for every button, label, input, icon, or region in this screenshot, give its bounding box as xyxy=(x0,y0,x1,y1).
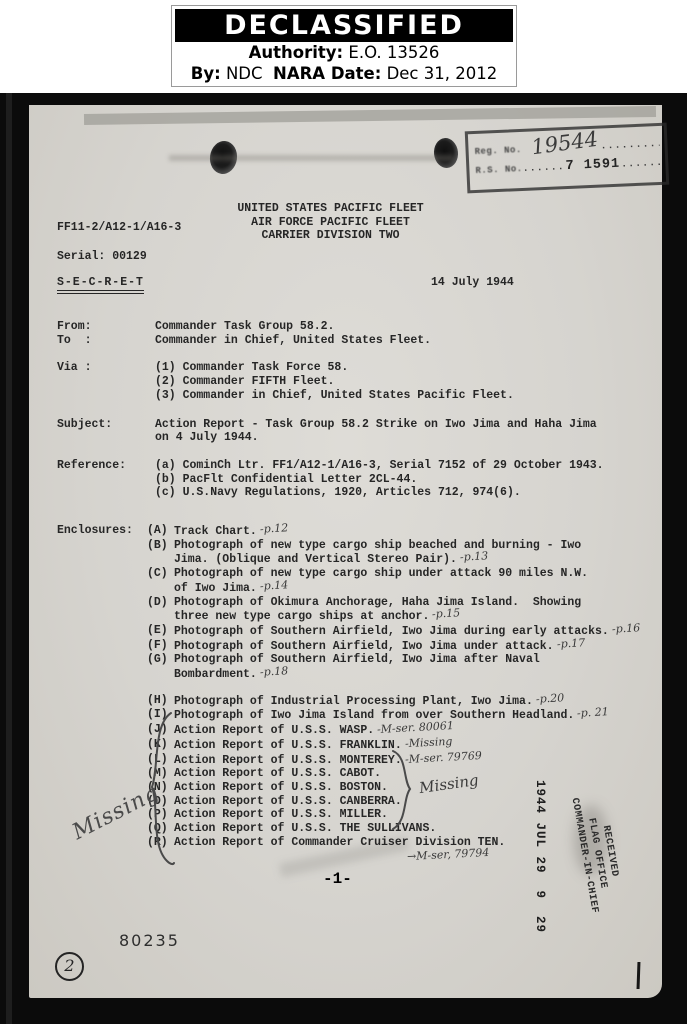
batch-number-stamp: 80235 xyxy=(119,931,180,950)
enclosure-text: Photograph of Southern Airfield, Iwo Jim… xyxy=(174,653,540,681)
enclosure-line: Photograph of Southern Airfield, Iwo Jim… xyxy=(174,653,540,667)
handwritten-note: -p.14 xyxy=(259,578,288,593)
authority-line: Authority: E.O. 13526 xyxy=(175,42,513,63)
enclosure-item: (G)Photograph of Southern Airfield, Iwo … xyxy=(147,653,640,681)
enclosure-line: three new type cargo ships at anchor.-p.… xyxy=(174,609,581,624)
enclosure-item: (F)Photograph of Southern Airfield, Iwo … xyxy=(147,639,640,654)
serial-number: Serial: 00129 xyxy=(57,250,147,264)
enclosure-text: Photograph of Okimura Anchorage, Haha Ji… xyxy=(174,596,581,624)
enclosure-id: (E) xyxy=(147,624,174,639)
handwritten-note: -p. 21 xyxy=(577,706,609,721)
enclosure-line: of Iwo Jima.-p.14 xyxy=(174,581,588,596)
nara-date-value: Dec 31, 2012 xyxy=(387,64,498,83)
handwritten-note: -p.18 xyxy=(259,664,288,679)
enclosure-item: (D)Photograph of Okimura Anchorage, Haha… xyxy=(147,596,640,624)
enclosure-id: (A) xyxy=(147,524,174,539)
to-value: Commander in Chief, United States Fleet. xyxy=(155,334,431,348)
enclosure-line: Action Report of U.S.S. CABOT. xyxy=(174,767,381,781)
enclosure-id: (H) xyxy=(147,694,174,709)
nara-date-label: NARA Date: xyxy=(273,64,381,83)
handwritten-note: -p.16 xyxy=(611,621,640,636)
enclosure-id: (B) xyxy=(147,539,174,567)
enclosure-text: Action Report of Commander Cruiser Divis… xyxy=(174,836,505,864)
to-label: To : xyxy=(57,334,155,348)
received-date-stamp: 1944 JUL 29 9 29 xyxy=(533,780,547,930)
enclosure-text: Photograph of new type cargo ship beache… xyxy=(174,539,581,567)
letter-date: 14 July 1944 xyxy=(431,276,514,290)
enclosure-id: (G) xyxy=(147,653,174,681)
declassified-banner: DECLASSIFIED Authority: E.O. 13526 By: N… xyxy=(171,5,517,87)
subject-line: Action Report - Task Group 58.2 Strike o… xyxy=(155,418,597,432)
from-row: From: Commander Task Group 58.2. xyxy=(29,320,662,334)
enclosure-text: Action Report of U.S.S. CANBERRA. xyxy=(174,795,402,809)
enclosure-line: Track Chart.-p.12 xyxy=(174,524,288,539)
page-number: -1- xyxy=(323,870,352,888)
enclosure-line: Action Report of U.S.S. MONTEREY.-M-ser.… xyxy=(174,753,482,768)
reference-row: Reference: (a) CominCh Ltr. FF1/A12-1/A1… xyxy=(29,459,662,500)
reference-item: (b) PacFlt Confidential Letter 2CL-44. xyxy=(155,473,604,487)
enclosure-id: (F) xyxy=(147,639,174,654)
by-label: By: xyxy=(191,64,221,83)
enclosure-text: Photograph of new type cargo ship under … xyxy=(174,567,588,595)
by-value: NDC xyxy=(226,64,263,83)
subject-row: Subject: Action Report - Task Group 58.2… xyxy=(29,418,662,445)
enclosure-text: Photograph of Iwo Jima Island from over … xyxy=(174,708,609,723)
enclosure-text: Action Report of U.S.S. MILLER. xyxy=(174,808,388,822)
enclosure-id: (D) xyxy=(147,596,174,624)
enclosure-item: (R)Action Report of Commander Cruiser Di… xyxy=(147,836,640,864)
enclosure-line: Action Report of U.S.S. MILLER. xyxy=(174,808,388,822)
film-edge-streak xyxy=(6,93,12,1024)
to-row: To : Commander in Chief, United States F… xyxy=(29,334,662,348)
classification-marking: S-E-C-R-E-T xyxy=(57,276,144,294)
reference-item: (c) U.S.Navy Regulations, 1920, Articles… xyxy=(155,486,604,500)
from-value: Commander Task Group 58.2. xyxy=(155,320,334,334)
enclosure-item: (C)Photograph of new type cargo ship und… xyxy=(147,567,640,595)
enclosure-line: Jima. (Oblique and Vertical Stereo Pair)… xyxy=(174,552,581,567)
document-photo-background: Reg. No. 19544 .......... R.S. No. .....… xyxy=(0,93,687,1024)
subject-line: on 4 July 1944. xyxy=(155,431,597,445)
enclosure-line: Photograph of new type cargo ship beache… xyxy=(174,539,581,553)
letter-content: UNITED STATES PACIFIC FLEET AIR FORCE PA… xyxy=(29,105,662,998)
via-item: (2) Commander FIFTH Fleet. xyxy=(155,375,514,389)
authority-label: Authority: xyxy=(249,43,344,62)
subject-label: Subject: xyxy=(57,418,155,445)
enclosure-text: Action Report of U.S.S. BOSTON. xyxy=(174,781,388,795)
enclosure-item: (B)Photograph of new type cargo ship bea… xyxy=(147,539,640,567)
letter-header: UNITED STATES PACIFIC FLEET AIR FORCE PA… xyxy=(29,202,662,318)
handwritten-note: -p.17 xyxy=(556,636,585,651)
letterhead-line: UNITED STATES PACIFIC FLEET xyxy=(14,202,647,216)
reference-item: (a) CominCh Ltr. FF1/A12-1/A16-3, Serial… xyxy=(155,459,604,473)
enclosure-line: Photograph of Industrial Processing Plan… xyxy=(174,694,564,709)
by-date-line: By: NDC NARA Date: Dec 31, 2012 xyxy=(175,63,513,84)
enclosure-text: Action Report of U.S.S. MONTEREY.-M-ser.… xyxy=(174,753,482,768)
enclosure-item: (J)Action Report of U.S.S. WASP.-M-ser. … xyxy=(147,723,640,738)
enclosure-id: (C) xyxy=(147,567,174,595)
enclosure-line: Photograph of Okimura Anchorage, Haha Ji… xyxy=(174,596,581,610)
handwritten-note: -p.12 xyxy=(259,521,288,536)
document-page: Reg. No. 19544 .......... R.S. No. .....… xyxy=(29,105,662,998)
handwritten-note: -p.15 xyxy=(432,607,461,622)
handwritten-note: -p.20 xyxy=(536,691,565,706)
enclosure-line: Action Report of U.S.S. WASP.-M-ser. 800… xyxy=(174,723,454,738)
enclosure-line: Bombardment.-p.18 xyxy=(174,667,540,682)
handwritten-note: -p.13 xyxy=(460,550,489,565)
enclosure-text: Photograph of Southern Airfield, Iwo Jim… xyxy=(174,639,585,654)
reference-label: Reference: xyxy=(57,459,155,500)
enclosure-line: Photograph of Southern Airfield, Iwo Jim… xyxy=(174,639,585,654)
enclosure-line: Action Report of U.S.S. BOSTON. xyxy=(174,781,388,795)
enclosure-line: Action Report of U.S.S. CANBERRA. xyxy=(174,795,402,809)
via-label: Via : xyxy=(57,361,155,402)
enclosure-text: Track Chart.-p.12 xyxy=(174,524,288,539)
handwritten-brace-right xyxy=(391,749,413,831)
handwritten-brace-left xyxy=(147,711,175,867)
subject-lines: Action Report - Task Group 58.2 Strike o… xyxy=(155,418,597,445)
reference-list: (a) CominCh Ltr. FF1/A12-1/A16-3, Serial… xyxy=(155,459,604,500)
enclosure-item: (A)Track Chart.-p.12 xyxy=(147,524,640,539)
enclosure-item: (H)Photograph of Industrial Processing P… xyxy=(147,694,640,709)
enclosure-item: (I)Photograph of Iwo Jima Island from ov… xyxy=(147,708,640,723)
file-number: FF11-2/A12-1/A16-3 xyxy=(57,221,181,235)
enclosure-text: Photograph of Industrial Processing Plan… xyxy=(174,694,564,709)
via-row: Via : (1) Commander Task Force 58.(2) Co… xyxy=(29,361,662,402)
enclosure-line: Photograph of new type cargo ship under … xyxy=(174,567,588,581)
via-item: (1) Commander Task Force 58. xyxy=(155,361,514,375)
authority-value: E.O. 13526 xyxy=(348,43,439,62)
via-item: (3) Commander in Chief, United States Pa… xyxy=(155,389,514,403)
enclosure-text: Action Report of U.S.S. CABOT. xyxy=(174,767,381,781)
enclosure-line: Photograph of Iwo Jima Island from over … xyxy=(174,708,609,723)
from-label: From: xyxy=(57,320,155,334)
circled-page-count: 2 xyxy=(55,952,84,981)
declassified-title: DECLASSIFIED xyxy=(175,9,513,42)
via-list: (1) Commander Task Force 58.(2) Commande… xyxy=(155,361,514,402)
enclosure-text: Action Report of U.S.S. WASP.-M-ser. 800… xyxy=(174,723,454,738)
